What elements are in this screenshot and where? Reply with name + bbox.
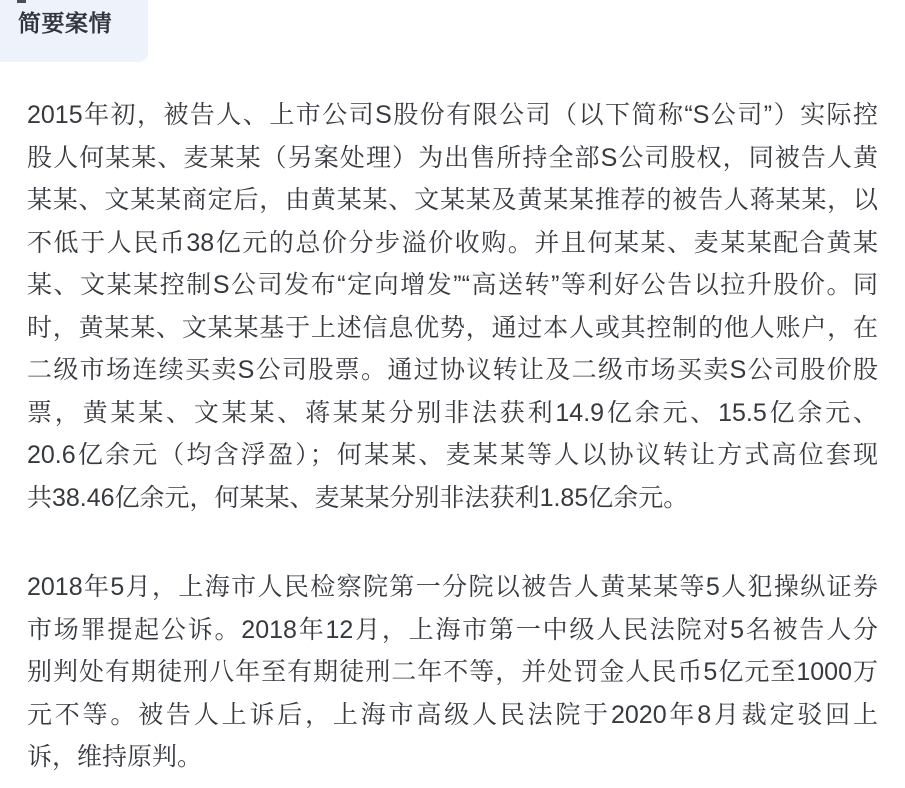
text-line: 股人何某某、麦某某（另案处理）为出售所持全部S公司股权，同被告人黄: [27, 137, 878, 180]
text-line: 元不等。被告人上诉后，上海市高级人民法院于2020年8月裁定驳回上: [27, 694, 878, 737]
section-header-badge: 简要案情: [0, 0, 148, 62]
text-line: 2015年初，被告人、上市公司S股份有限公司（以下简称“S公司”）实际控: [27, 94, 878, 137]
text-line: 20.6亿余元（均含浮盈）；何某某、麦某某等人以协议转让方式高位套现: [27, 434, 878, 477]
section-title: 简要案情: [18, 5, 112, 38]
text-line: 2018年5月，上海市人民检察院第一分院以被告人黄某某等5人犯操纵证券: [27, 566, 878, 609]
text-line: 时，黄某某、文某某基于上述信息优势，通过本人或其控制的他人账户，在: [27, 307, 878, 350]
text-line: 不低于人民币38亿元的总价分步溢价收购。并且何某某、麦某某配合黄某: [27, 222, 878, 265]
case-summary-paragraph-1: 2015年初，被告人、上市公司S股份有限公司（以下简称“S公司”）实际控 股人何…: [27, 94, 878, 519]
case-summary-content: 2015年初，被告人、上市公司S股份有限公司（以下简称“S公司”）实际控 股人何…: [27, 94, 878, 779]
case-summary-paragraph-2: 2018年5月，上海市人民检察院第一分院以被告人黄某某等5人犯操纵证券 市场罪提…: [27, 566, 878, 779]
text-line: 二级市场连续买卖S公司股票。通过协议转让及二级市场买卖S公司股价股: [27, 349, 878, 392]
text-line: 别判处有期徒刑八年至有期徒刑二年不等，并处罚金人民币5亿元至1000万: [27, 651, 878, 694]
text-line: 共38.46亿余元，何某某、麦某某分别非法获利1.85亿余元。: [27, 477, 878, 520]
text-line: 市场罪提起公诉。2018年12月，上海市第一中级人民法院对5名被告人分: [27, 609, 878, 652]
text-line: 票，黄某某、文某某、蒋某某分别非法获利14.9亿余元、15.5亿余元、: [27, 392, 878, 435]
text-line: 某、文某某控制S公司发布“定向增发”“高送转”等利好公告以拉升股价。同: [27, 264, 878, 307]
text-line: 诉，维持原判。: [27, 736, 878, 779]
clipped-content-fragment: [17, 0, 26, 3]
text-line: 某某、文某某商定后，由黄某某、文某某及黄某某推荐的被告人蒋某某，以: [27, 179, 878, 222]
